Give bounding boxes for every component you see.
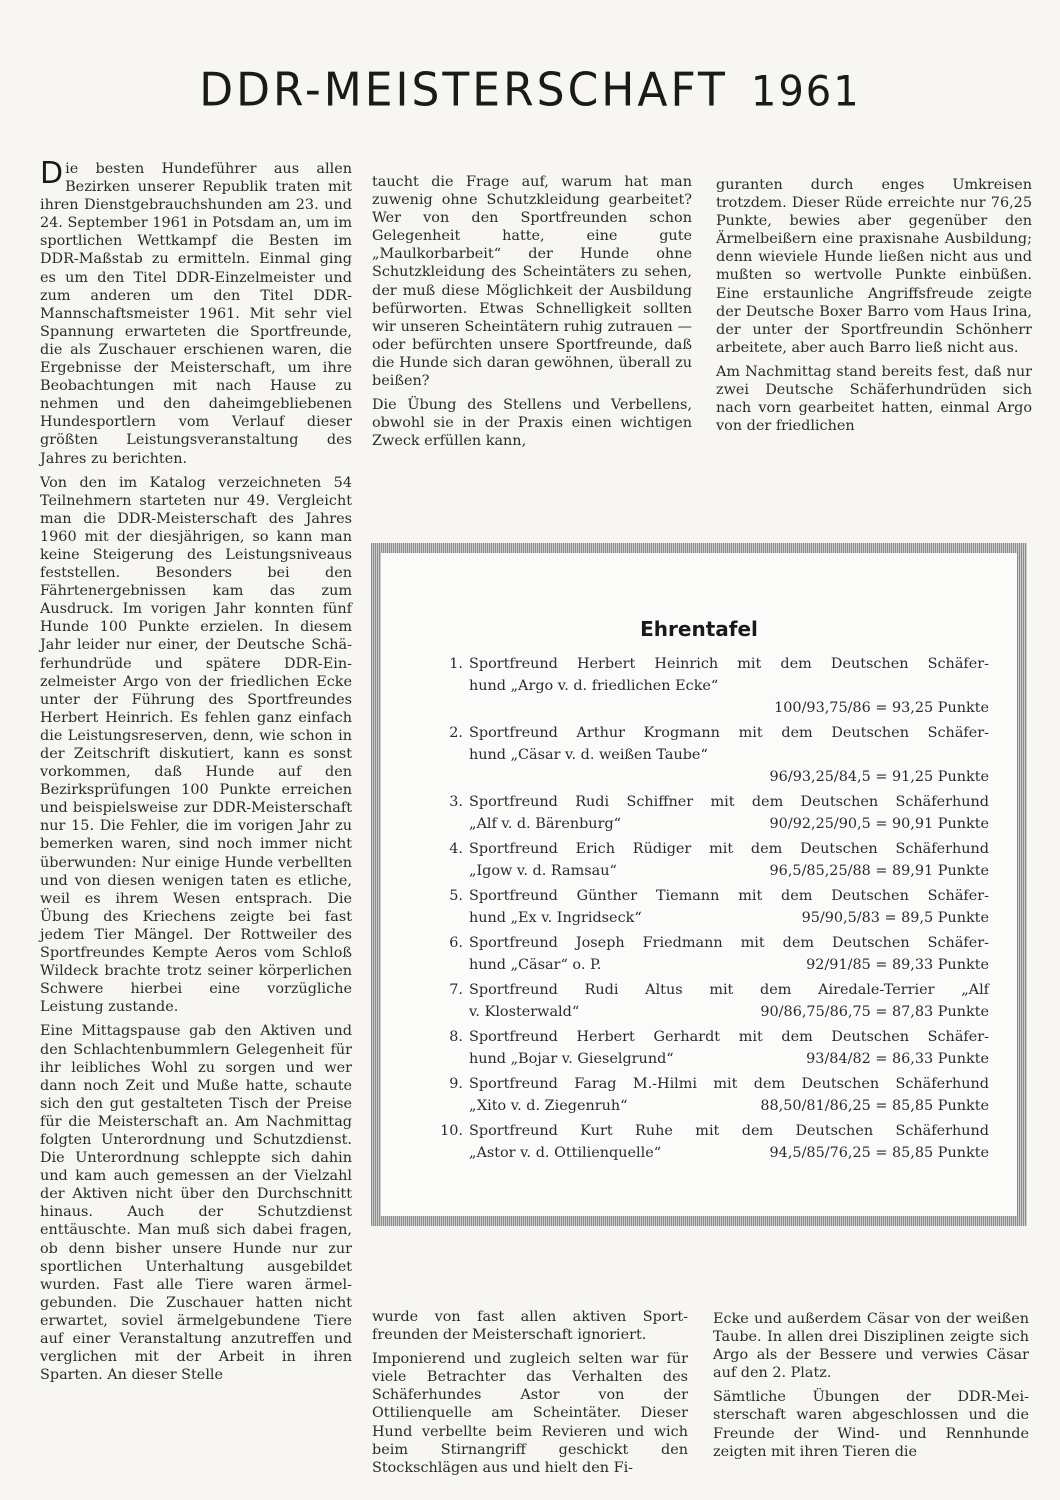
entry-rank: 2. bbox=[429, 722, 463, 744]
entry-line2-row: „Xito v. d. Ziegenruh“88,50/81/86,25 = 8… bbox=[469, 1095, 989, 1117]
entry-line2-row: hund „Bojar v. Gieselgrund“93/84/82 = 86… bbox=[469, 1048, 989, 1070]
entry-rank: 5. bbox=[429, 885, 463, 907]
entry-dog-and-score: hund „Ex v. Ingridseck“95/90,5/83 = 89,5… bbox=[469, 907, 989, 929]
article-column-2-continued: wurde von fast allen aktiven Sport­freun… bbox=[372, 1308, 688, 1483]
entry-line1: Sportfreund Günther Tiemann mit dem Deut… bbox=[469, 885, 989, 907]
entry-dog-name: v. Klosterwald“ bbox=[469, 1001, 579, 1023]
entry-rank: 9. bbox=[429, 1073, 463, 1095]
article-paragraph: Die besten Hundeführer aus allen Bezirke… bbox=[40, 160, 352, 468]
entry-line1: Sportfreund Rudi Altus mit dem Airedale-… bbox=[469, 979, 989, 1001]
entry-dog-name: hund „Argo v. d. friedlichen Ecke“ bbox=[469, 675, 989, 697]
entry-line2-row: „Alf v. d. Bärenburg“90/92,25/90,5 = 90,… bbox=[469, 813, 989, 835]
article-column-3-continued: Ecke und außerdem Cäsar von der weißen T… bbox=[713, 1310, 1029, 1467]
entry-dog-name: hund „Ex v. Ingridseck“ bbox=[469, 907, 642, 929]
ehrentafel-entry: 9. Sportfreund Farag M.-Hilmi mit dem De… bbox=[429, 1073, 989, 1117]
entry-line1: Sportfreund Erich Rüdiger mit dem Deutsc… bbox=[469, 838, 989, 860]
entry-line1: Sportfreund Farag M.-Hilmi mit dem Deuts… bbox=[469, 1073, 989, 1095]
article-paragraph: Eine Mittagspause gab den Aktiven und de… bbox=[40, 1022, 352, 1384]
article-paragraph: Sämtliche Übungen der DDR-Mei­sterschaft… bbox=[713, 1388, 1029, 1460]
entry-dog-and-score: „Alf v. d. Bärenburg“90/92,25/90,5 = 90,… bbox=[469, 813, 989, 835]
entry-dog-name: hund „Cäsar“ o. P. bbox=[469, 954, 601, 976]
entry-score: 100/93,75/86 = 93,25 Punkte bbox=[469, 697, 989, 719]
entry-dog-and-score: „Igow v. d. Ramsau“96,5/85,25/88 = 89,91… bbox=[469, 860, 989, 882]
entry-rank: 6. bbox=[429, 932, 463, 954]
entry-score: 92/91/85 = 89,33 Punkte bbox=[806, 954, 989, 976]
entry-line1: Sportfreund Joseph Friedmann mit dem Deu… bbox=[469, 932, 989, 954]
article-column-1: Die besten Hundeführer aus allen Bezirke… bbox=[40, 160, 352, 1390]
entry-line2-row: hund „Cäsar“ o. P.92/91/85 = 89,33 Punkt… bbox=[469, 954, 989, 976]
entry-line1: Sportfreund Rudi Schiffner mit dem Deuts… bbox=[469, 791, 989, 813]
ehrentafel-entry: 2. Sportfreund Arthur Krogmann mit dem D… bbox=[429, 722, 989, 788]
entry-line2-row: v. Klosterwald“90/86,75/86,75 = 87,83 Pu… bbox=[469, 1001, 989, 1023]
entry-rank: 7. bbox=[429, 979, 463, 1001]
entry-score: 94,5/85/76,25 = 85,85 Punkte bbox=[770, 1142, 989, 1164]
entry-line1: Sportfreund Herbert Heinrich mit dem Deu… bbox=[469, 653, 989, 675]
entry-dog-and-score: „Xito v. d. Ziegenruh“88,50/81/86,25 = 8… bbox=[469, 1095, 989, 1117]
article-paragraph: Ecke und außerdem Cäsar von der weißen T… bbox=[713, 1310, 1029, 1382]
title-text: DDR-MEISTERSCHAFT bbox=[199, 64, 728, 118]
ehrentafel-entry: 6. Sportfreund Joseph Friedmann mit dem … bbox=[429, 932, 989, 976]
title-year: 1961 bbox=[751, 68, 861, 116]
article-paragraph: Am Nachmittag stand bereits fest, daß nu… bbox=[716, 363, 1032, 435]
entry-line1: Sportfreund Kurt Ruhe mit dem Deutschen … bbox=[469, 1120, 989, 1142]
entry-dog-name: hund „Cäsar v. d. weißen Taube“ bbox=[469, 744, 989, 766]
entry-score: 90/86,75/86,75 = 87,83 Punkte bbox=[760, 1001, 989, 1023]
entry-dog-and-score: hund „Bojar v. Gieselgrund“93/84/82 = 86… bbox=[469, 1048, 989, 1070]
entry-dog-and-score: v. Klosterwald“90/86,75/86,75 = 87,83 Pu… bbox=[469, 1001, 989, 1023]
entry-rank: 1. bbox=[429, 653, 463, 675]
entry-score: 95/90,5/83 = 89,5 Punkte bbox=[802, 907, 989, 929]
entry-score: 88,50/81/86,25 = 85,85 Punkte bbox=[760, 1095, 989, 1117]
article-column-2: taucht die Frage auf, warum hat man zuwe… bbox=[372, 173, 692, 456]
entry-dog-and-score: hund „Cäsar“ o. P.92/91/85 = 89,33 Punkt… bbox=[469, 954, 989, 976]
page-title: DDR-MEISTERSCHAFT 1961 bbox=[0, 64, 1060, 118]
ehrentafel-entry: 10. Sportfreund Kurt Ruhe mit dem Deutsc… bbox=[429, 1120, 989, 1164]
entry-score: 93/84/82 = 86,33 Punkte bbox=[806, 1048, 989, 1070]
ehrentafel-entry: 4. Sportfreund Erich Rüdiger mit dem Deu… bbox=[429, 838, 989, 882]
ehrentafel-entry: 7. Sportfreund Rudi Altus mit dem Aireda… bbox=[429, 979, 989, 1023]
ehrentafel-entry: 1. Sportfreund Herbert Heinrich mit dem … bbox=[429, 653, 989, 719]
drop-cap: D bbox=[40, 162, 63, 186]
ehrentafel-entry: 3. Sportfreund Rudi Schiffner mit dem De… bbox=[429, 791, 989, 835]
entry-dog-name: „Alf v. d. Bärenburg“ bbox=[469, 813, 621, 835]
entry-line2-row: „Igow v. d. Ramsau“96,5/85,25/88 = 89,91… bbox=[469, 860, 989, 882]
entry-dog-name: „Igow v. d. Ramsau“ bbox=[469, 860, 617, 882]
article-paragraph: Von den im Katalog verzeichneten 54 Teil… bbox=[40, 474, 352, 1017]
entry-line2-row: „Astor v. d. Ottilienquelle“94,5/85/76,2… bbox=[469, 1142, 989, 1164]
entry-rank: 8. bbox=[429, 1026, 463, 1048]
article-paragraph: wurde von fast allen aktiven Sport­freun… bbox=[372, 1308, 688, 1344]
article-column-3: guranten durch enges Umkreisen trotzdem.… bbox=[716, 176, 1032, 441]
ehrentafel-entry: 5. Sportfreund Günther Tiemann mit dem D… bbox=[429, 885, 989, 929]
article-paragraph: taucht die Frage auf, warum hat man zuwe… bbox=[372, 173, 692, 390]
article-paragraph: guranten durch enges Umkreisen trotzdem.… bbox=[716, 176, 1032, 357]
entry-dog-name: „Astor v. d. Ottilienquelle“ bbox=[469, 1142, 661, 1164]
entry-rank: 4. bbox=[429, 838, 463, 860]
entry-score: 96,5/85,25/88 = 89,91 Punkte bbox=[770, 860, 989, 882]
entry-dog-and-score: „Astor v. d. Ottilienquelle“94,5/85/76,2… bbox=[469, 1142, 989, 1164]
article-paragraph: Imponierend und zugleich selten war für … bbox=[372, 1350, 688, 1477]
entry-line1: Sportfreund Herbert Gerhardt mit dem Deu… bbox=[469, 1026, 989, 1048]
entry-line2-row: hund „Ex v. Ingridseck“95/90,5/83 = 89,5… bbox=[469, 907, 989, 929]
ehrentafel-entry: 8. Sportfreund Herbert Gerhardt mit dem … bbox=[429, 1026, 989, 1070]
entry-rank: 10. bbox=[429, 1120, 463, 1142]
ehrentafel-title: Ehrentafel bbox=[381, 617, 1017, 641]
entry-rank: 3. bbox=[429, 791, 463, 813]
ehrentafel-box: Ehrentafel 1. Sportfreund Herbert Heinri… bbox=[371, 543, 1027, 1226]
entry-line1: Sportfreund Arthur Krogmann mit dem Deut… bbox=[469, 722, 989, 744]
entry-dog-name: hund „Bojar v. Gieselgrund“ bbox=[469, 1048, 674, 1070]
ehrentafel-list: 1. Sportfreund Herbert Heinrich mit dem … bbox=[429, 653, 989, 1167]
entry-dog-name: „Xito v. d. Ziegenruh“ bbox=[469, 1095, 628, 1117]
article-paragraph: Die Übung des Stellens und Verbel­lens, … bbox=[372, 396, 692, 450]
entry-line2-row: hund „Argo v. d. friedlichen Ecke“100/93… bbox=[469, 675, 989, 719]
entry-line2-row: hund „Cäsar v. d. weißen Taube“96/93,25/… bbox=[469, 744, 989, 788]
entry-score: 96/93,25/84,5 = 91,25 Punkte bbox=[469, 766, 989, 788]
entry-score: 90/92,25/90,5 = 90,91 Punkte bbox=[770, 813, 989, 835]
